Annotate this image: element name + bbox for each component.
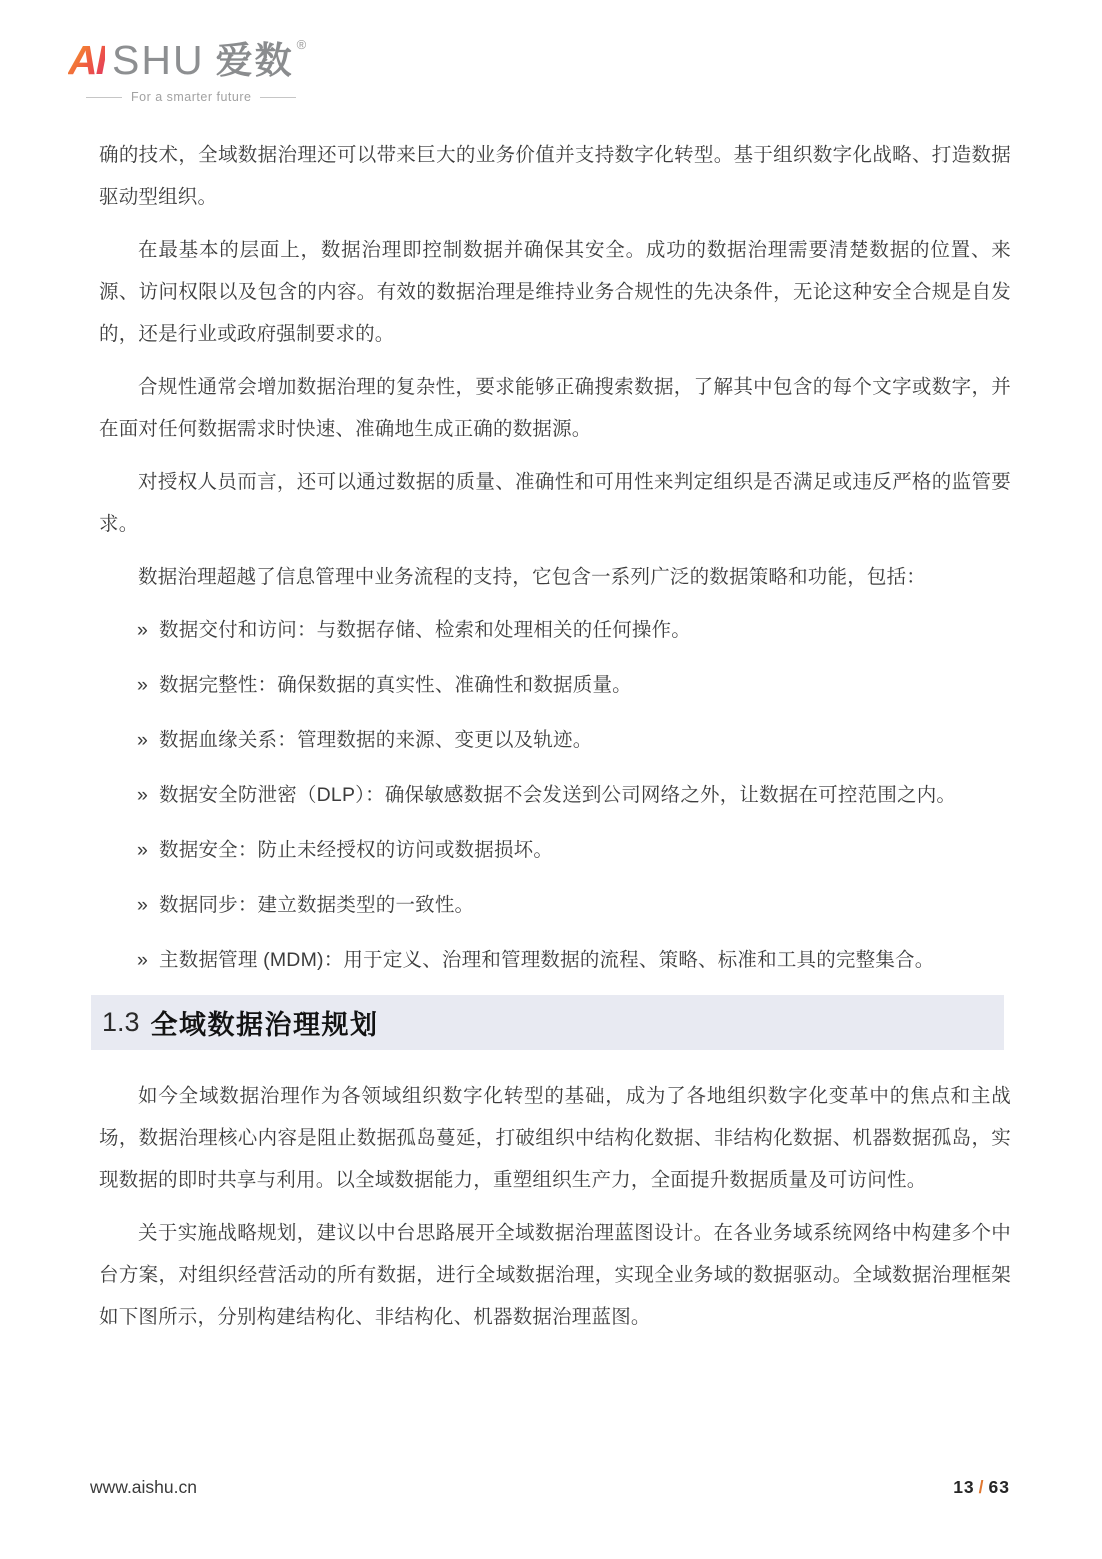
bullet-item: » 数据安全：防止未经授权的访问或数据损坏。 <box>137 829 1011 871</box>
logo-ai-text: AI <box>68 40 105 81</box>
document-body: 确的技术，全域数据治理还可以带来巨大的业务价值并支持数字化转型。基于组织数字化战… <box>99 134 1011 1349</box>
bullet-marker-icon: » <box>137 609 148 651</box>
section-heading: 1.3 全域数据治理规划 <box>91 995 1004 1050</box>
registered-mark-icon: ® <box>297 38 307 51</box>
footer-url-link[interactable]: www.aishu.cn <box>90 1477 197 1498</box>
body-paragraph: 如今全域数据治理作为各领域组织数字化转型的基础，成为了各地组织数字化变革中的焦点… <box>99 1075 1011 1201</box>
bullet-marker-icon: » <box>137 774 148 816</box>
bullet-text: 主数据管理 (MDM)：用于定义、治理和管理数据的流程、策略、标准和工具的完整集… <box>159 939 934 981</box>
bullet-item: » 数据交付和访问：与数据存储、检索和处理相关的任何操作。 <box>137 609 1011 651</box>
page-total: 63 <box>989 1477 1010 1497</box>
bullet-marker-icon: » <box>137 664 148 706</box>
section-number: 1.3 <box>102 1007 140 1038</box>
body-paragraph: 确的技术，全域数据治理还可以带来巨大的业务价值并支持数字化转型。基于组织数字化战… <box>99 134 1011 218</box>
page-separator: / <box>979 1477 985 1497</box>
page-current: 13 <box>953 1477 974 1497</box>
bullet-item: » 数据完整性：确保数据的真实性、准确性和数据质量。 <box>137 664 1011 706</box>
logo-cn-text: 爱数 <box>216 40 294 79</box>
bullet-item: » 主数据管理 (MDM)：用于定义、治理和管理数据的流程、策略、标准和工具的完… <box>137 939 1011 981</box>
body-paragraph: 对授权人员而言，还可以通过数据的质量、准确性和可用性来判定组织是否满足或违反严格… <box>99 461 1011 545</box>
bullet-marker-icon: » <box>137 829 148 871</box>
tagline-rule-left <box>86 97 122 98</box>
page-footer: www.aishu.cn 13/63 <box>90 1477 1010 1498</box>
body-paragraph: 关于实施战略规划，建议以中台思路展开全域数据治理蓝图设计。在各业务域系统网络中构… <box>99 1212 1011 1338</box>
bullet-marker-icon: » <box>137 719 148 761</box>
bullet-item: » 数据安全防泄密（DLP）：确保敏感数据不会发送到公司网络之外，让数据在可控范… <box>137 774 1011 816</box>
bullet-text: 数据安全防泄密（DLP）：确保敏感数据不会发送到公司网络之外，让数据在可控范围之… <box>159 774 956 816</box>
tagline-rule-right <box>260 97 296 98</box>
bullet-item: » 数据同步：建立数据类型的一致性。 <box>137 884 1011 926</box>
section-title: 全域数据治理规划 <box>151 1003 379 1042</box>
body-paragraph: 数据治理超越了信息管理中业务流程的支持，它包含一系列广泛的数据策略和功能，包括： <box>99 556 1011 598</box>
bullet-marker-icon: » <box>137 939 148 981</box>
bullet-list: » 数据交付和访问：与数据存储、检索和处理相关的任何操作。 » 数据完整性：确保… <box>99 609 1011 981</box>
bullet-text: 数据完整性：确保数据的真实性、准确性和数据质量。 <box>159 664 632 706</box>
brand-tagline: For a smarter future <box>86 90 306 104</box>
page-number: 13/63 <box>953 1477 1010 1498</box>
bullet-text: 数据交付和访问：与数据存储、检索和处理相关的任何操作。 <box>159 609 691 651</box>
body-paragraph: 在最基本的层面上，数据治理即控制数据并确保其安全。成功的数据治理需要清楚数据的位… <box>99 229 1011 355</box>
body-paragraph: 合规性通常会增加数据治理的复杂性，要求能够正确搜索数据，了解其中包含的每个文字或… <box>99 366 1011 450</box>
bullet-text: 数据安全：防止未经授权的访问或数据损坏。 <box>159 829 553 871</box>
logo-shu-text: SHU <box>112 40 205 81</box>
bullet-marker-icon: » <box>137 884 148 926</box>
tagline-text: For a smarter future <box>131 90 251 104</box>
bullet-text: 数据同步：建立数据类型的一致性。 <box>159 884 474 926</box>
brand-logo-row: AI SHU 爱数 ® <box>68 40 306 81</box>
bullet-text: 数据血缘关系：管理数据的来源、变更以及轨迹。 <box>159 719 592 761</box>
brand-logo: AI SHU 爱数 ® For a smarter future <box>68 40 306 104</box>
bullet-item: » 数据血缘关系：管理数据的来源、变更以及轨迹。 <box>137 719 1011 761</box>
document-page: AI SHU 爱数 ® For a smarter future 确的技术，全域… <box>0 0 1102 1559</box>
